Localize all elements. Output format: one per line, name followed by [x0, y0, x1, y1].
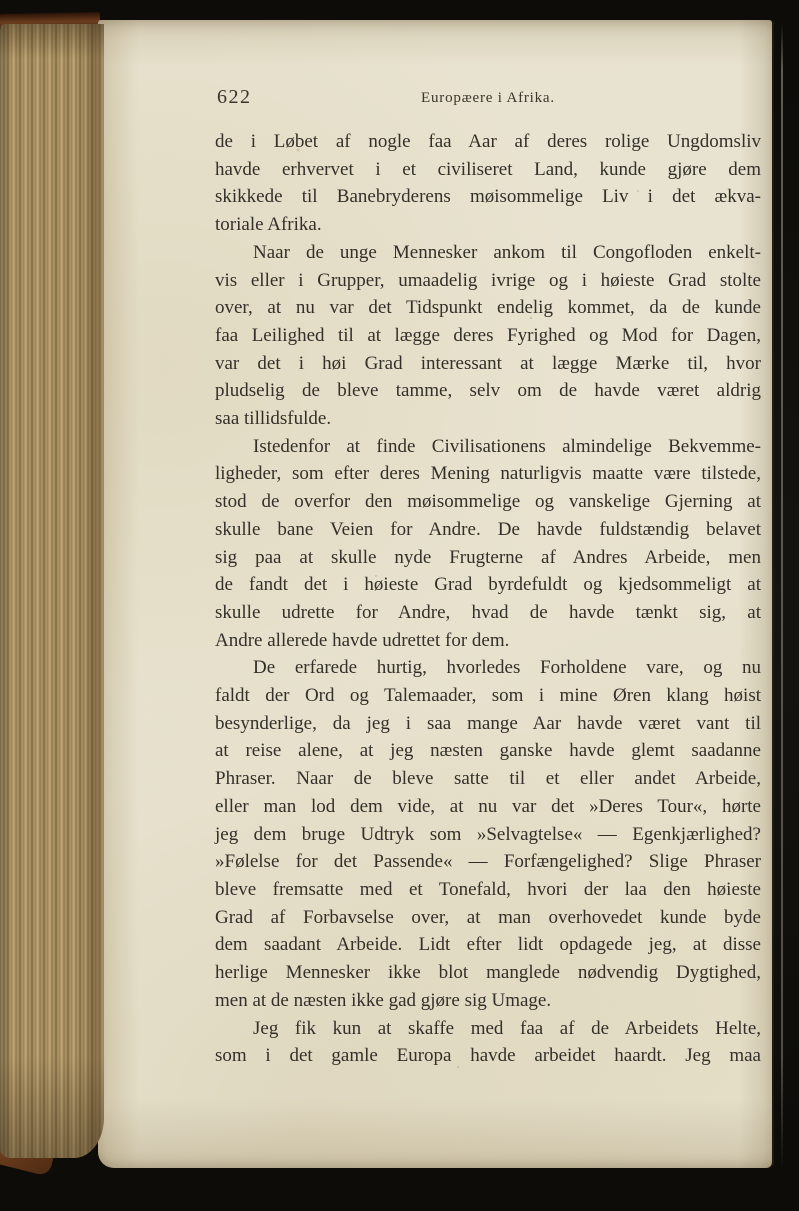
text-line: faa Leilighed til at lægge deres Fyrighe…: [215, 322, 761, 350]
text-line: ligheder, som efter deres Mening naturli…: [215, 460, 761, 488]
text-line: saa tillidsfulde.: [215, 405, 761, 433]
text-line: de fandt det i høieste Grad byrdefuldt o…: [215, 571, 761, 599]
text-line: Andre allerede havde udrettet for dem.: [215, 627, 761, 655]
text-line: over, at nu var det Tidspunkt endelig ko…: [215, 294, 761, 322]
text-line: De erfarede hurtig, hvorledes Forholdene…: [215, 654, 761, 682]
text-line: som i det gamle Europa havde arbeidet ha…: [215, 1042, 761, 1070]
text-line: at reise alene, at jeg næsten ganske hav…: [215, 737, 761, 765]
text-line: de i Løbet af nogle faa Aar af deres rol…: [215, 128, 761, 156]
text-line: pludselig de bleve tamme, selv om de hav…: [215, 377, 761, 405]
scan-background: 622 Europæere i Afrika. de i Løbet af no…: [0, 0, 799, 1211]
text-line: sig paa at skulle nyde Frugterne af Andr…: [215, 544, 761, 572]
text-line: dem saadant Arbeide. Lidt efter lidt opd…: [215, 931, 761, 959]
text-line: bleve fremsatte med et Tonefald, hvori d…: [215, 876, 761, 904]
text-line: Naar de unge Mennesker ankom til Congofl…: [215, 239, 761, 267]
running-title: Europæere i Afrika.: [215, 90, 761, 107]
page-sheet: 622 Europæere i Afrika. de i Løbet af no…: [98, 20, 772, 1168]
text-line: herlige Mennesker ikke blot manglede nød…: [215, 959, 761, 987]
body-text: de i Løbet af nogle faa Aar af deres rol…: [215, 128, 761, 1070]
text-line: Phraser. Naar de bleve satte til et elle…: [215, 765, 761, 793]
text-line: skulle udrette for Andre, hvad de havde …: [215, 599, 761, 627]
adjacent-page-edge: [781, 24, 783, 1170]
text-line: Istedenfor at finde Civilisationens almi…: [215, 433, 761, 461]
book-fore-edge: [0, 24, 104, 1158]
text-line: var det i høi Grad interessant at lægge …: [215, 350, 761, 378]
text-line: skikkede til Banebryderens møisommelige …: [215, 183, 761, 211]
text-line: faldt der Ord og Talemaader, som i mine …: [215, 682, 761, 710]
text-line: havde erhvervet i et civiliseret Land, k…: [215, 156, 761, 184]
page-header: 622 Europæere i Afrika.: [215, 86, 761, 114]
text-line: stod de overfor den møisommelige og vans…: [215, 488, 761, 516]
text-line: vis eller i Grupper, umaadelig ivrige og…: [215, 267, 761, 295]
text-line: Grad af Forbavselse over, at man overhov…: [215, 904, 761, 932]
text-line: men at de næsten ikke gad gjøre sig Umag…: [215, 987, 761, 1015]
text-line: besynderlige, da jeg i saa mange Aar hav…: [215, 710, 761, 738]
text-line: skulle bane Veien for Andre. De havde fu…: [215, 516, 761, 544]
text-line: jeg dem bruge Udtryk som »Selvagtelse« —…: [215, 821, 761, 849]
text-line: eller man lod dem vide, at nu var det »D…: [215, 793, 761, 821]
text-line: Jeg fik kun at skaffe med faa af de Arbe…: [215, 1015, 761, 1043]
text-line: toriale Afrika.: [215, 211, 761, 239]
text-line: »Følelse for det Passende« — Forfængelig…: [215, 848, 761, 876]
